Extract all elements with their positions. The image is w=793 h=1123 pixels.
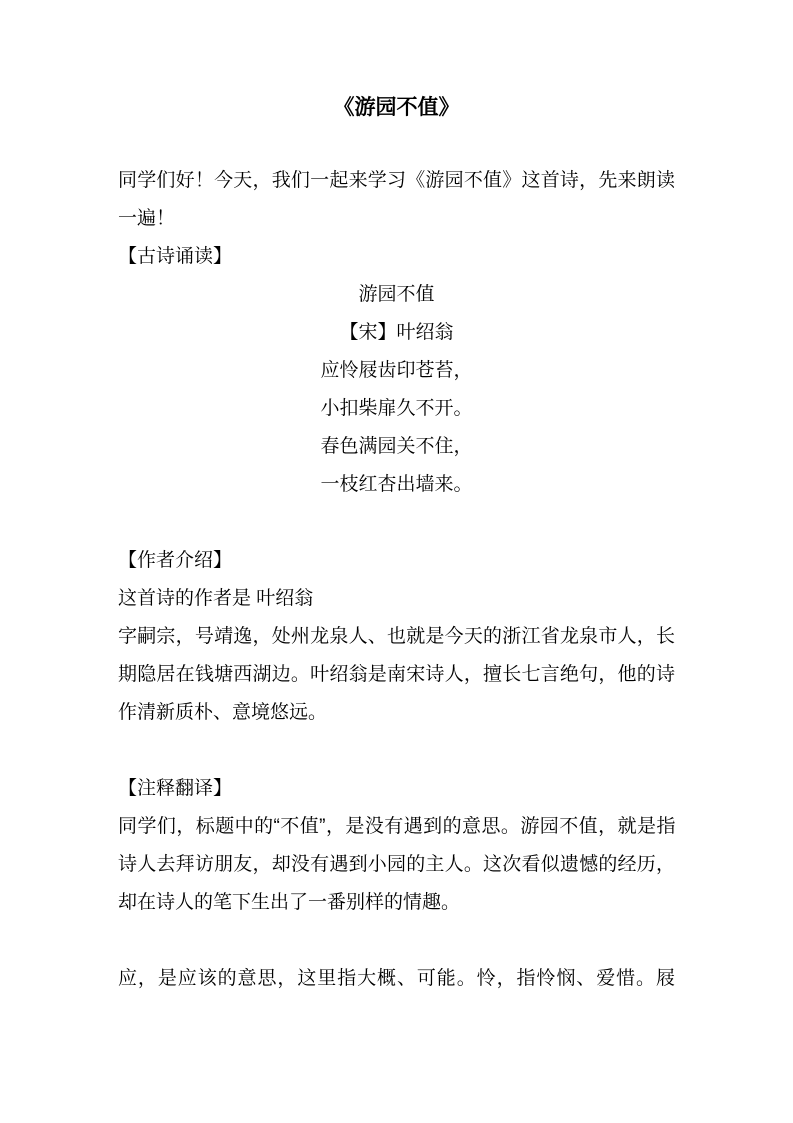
greeting-line: 一遍！: [118, 200, 675, 238]
poem-title: 游园不值: [118, 276, 675, 314]
poem-author: 【宋】叶绍翁: [118, 314, 675, 352]
section-header-author: 【作者介绍】: [118, 542, 675, 580]
notes-line: 应，是应该的意思，这里指大概、可能。怜，指怜悯、爱惜。屐: [118, 960, 675, 998]
poem-line: 小扣柴扉久不开。: [118, 390, 675, 428]
greeting-line: 同学们好！今天，我们一起来学习《游园不值》这首诗，先来朗读: [118, 162, 675, 200]
poem-line: 应怜屐齿印苍苔，: [118, 352, 675, 390]
blank-line: [118, 504, 675, 542]
document-page: 《游园不值》 同学们好！今天，我们一起来学习《游园不值》这首诗，先来朗读 一遍！…: [0, 0, 793, 1123]
doc-title: 《游园不值》: [118, 88, 675, 128]
author-line: 期隐居在钱塘西湖边。叶绍翁是南宋诗人，擅长七言绝句，他的诗: [118, 656, 675, 694]
poem-line: 春色满园关不住，: [118, 428, 675, 466]
title-gap: [118, 128, 675, 162]
author-line: 字嗣宗，号靖逸，处州龙泉人、也就是今天的浙江省龙泉市人，长: [118, 618, 675, 656]
author-line: 这首诗的作者是 叶绍翁: [118, 580, 675, 618]
section-header-reading: 【古诗诵读】: [118, 238, 675, 276]
blank-line: [118, 732, 675, 770]
blank-line: [118, 922, 675, 960]
section-header-notes: 【注释翻译】: [118, 770, 675, 808]
notes-line: 同学们，标题中的“不值”，是没有遇到的意思。游园不值，就是指: [118, 808, 675, 846]
notes-line: 诗人去拜访朋友，却没有遇到小园的主人。这次看似遗憾的经历，: [118, 846, 675, 884]
document-content: 《游园不值》 同学们好！今天，我们一起来学习《游园不值》这首诗，先来朗读 一遍！…: [118, 88, 675, 998]
poem-line: 一枝红杏出墙来。: [118, 466, 675, 504]
author-line: 作清新质朴、意境悠远。: [118, 694, 675, 732]
notes-line: 却在诗人的笔下生出了一番别样的情趣。: [118, 884, 675, 922]
